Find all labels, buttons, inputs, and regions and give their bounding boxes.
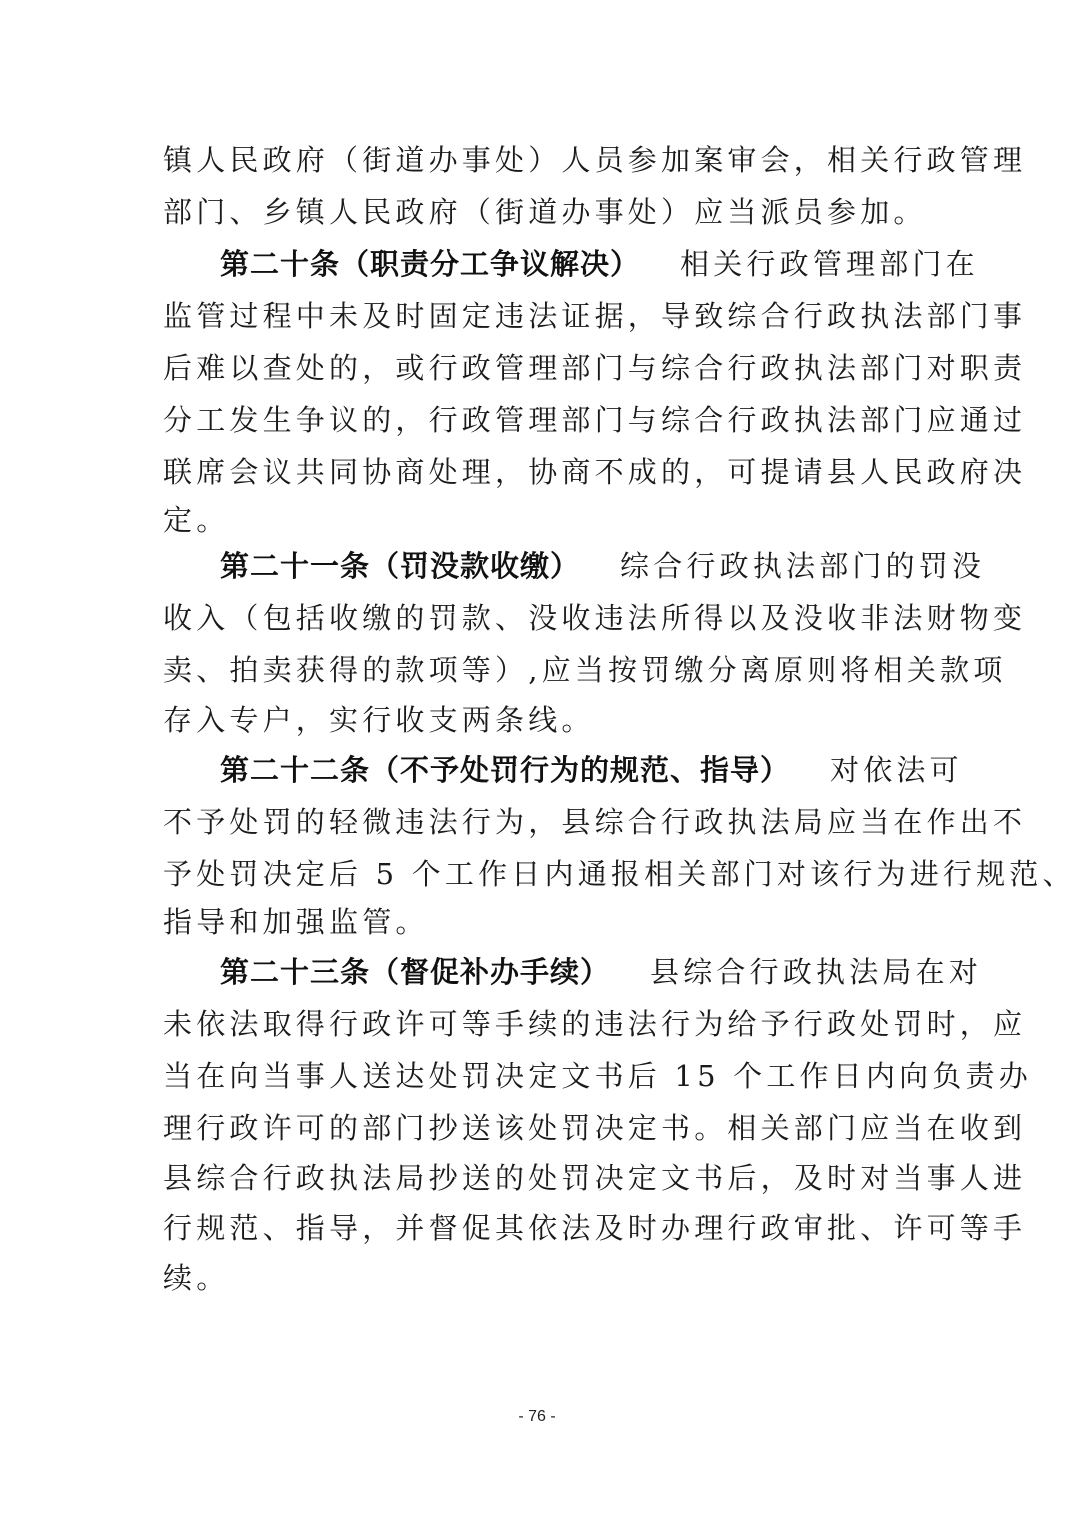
body-text-line: 未依法取得行政许可等手续的违法行为给予行政处罚时，应 [163, 1006, 1026, 1042]
body-text-line: 定。 [163, 502, 229, 538]
body-text-line: 部门、乡镇人民政府（街道办事处）应当派员参加。 [163, 194, 927, 230]
article-22-text: 对依法可 [830, 753, 963, 787]
article-21-heading: 第二十一条（罚没款收缴） [220, 549, 580, 583]
article-20-text: 相关行政管理部门在 [680, 247, 979, 281]
article-22-heading: 第二十二条（不予处罚行为的规范、指导） [220, 753, 790, 787]
body-text-line: 监管过程中未及时固定违法证据，导致综合行政执法部门事 [163, 298, 1026, 334]
article-23-first-line: 第二十三条（督促补办手续）县综合行政执法局在对 [220, 954, 982, 990]
body-text-line: 行规范、指导，并督促其依法及时办理行政审批、许可等手 [163, 1210, 1026, 1246]
body-text-line: 县综合行政执法局抄送的处罚决定文书后，及时对当事人进 [163, 1160, 1026, 1196]
article-21-text: 综合行政执法部门的罚没 [620, 549, 985, 583]
body-text-line: 后难以查处的，或行政管理部门与综合行政执法部门对职责 [163, 350, 1026, 386]
body-text-line: 存入专户，实行收支两条线。 [163, 702, 595, 738]
article-20-heading: 第二十条（职责分工争议解决） [220, 247, 640, 281]
article-21-first-line: 第二十一条（罚没款收缴）综合行政执法部门的罚没 [220, 548, 985, 584]
body-text-line: 镇人民政府（街道办事处）人员参加案审会，相关行政管理 [163, 142, 1026, 178]
article-22-first-line: 第二十二条（不予处罚行为的规范、指导）对依法可 [220, 752, 963, 788]
body-text-line: 当在向当事人送达处罚决定文书后 15 个工作日内向负责办 [163, 1058, 1032, 1094]
article-23-text: 县综合行政执法局在对 [650, 955, 982, 989]
body-text-line: 分工发生争议的，行政管理部门与综合行政执法部门应通过 [163, 402, 1026, 438]
article-20-first-line: 第二十条（职责分工争议解决）相关行政管理部门在 [220, 246, 979, 282]
body-text-line: 联席会议共同协商处理，协商不成的，可提请县人民政府决 [163, 454, 1026, 490]
body-text-line: 收入（包括收缴的罚款、没收违法所得以及没收非法财物变 [163, 600, 1026, 636]
body-text-line: 续。 [163, 1260, 229, 1296]
body-text-line: 理行政许可的部门抄送该处罚决定书。相关部门应当在收到 [163, 1110, 1026, 1146]
document-page: 镇人民政府（街道办事处）人员参加案审会，相关行政管理 部门、乡镇人民政府（街道办… [0, 0, 1074, 1520]
page-number: - 76 - [0, 1408, 1074, 1426]
body-text-line: 不予处罚的轻微违法行为，县综合行政执法局应当在作出不 [163, 804, 1026, 840]
body-text-line: 予处罚决定后 5 个工作日内通报相关部门对该行为进行规范、 [163, 856, 1074, 892]
body-text-line: 卖、拍卖获得的款项等）,应当按罚缴分离原则将相关款项 [163, 652, 1006, 688]
article-23-heading: 第二十三条（督促补办手续） [220, 955, 610, 989]
body-text-line: 指导和加强监管。 [163, 904, 429, 940]
